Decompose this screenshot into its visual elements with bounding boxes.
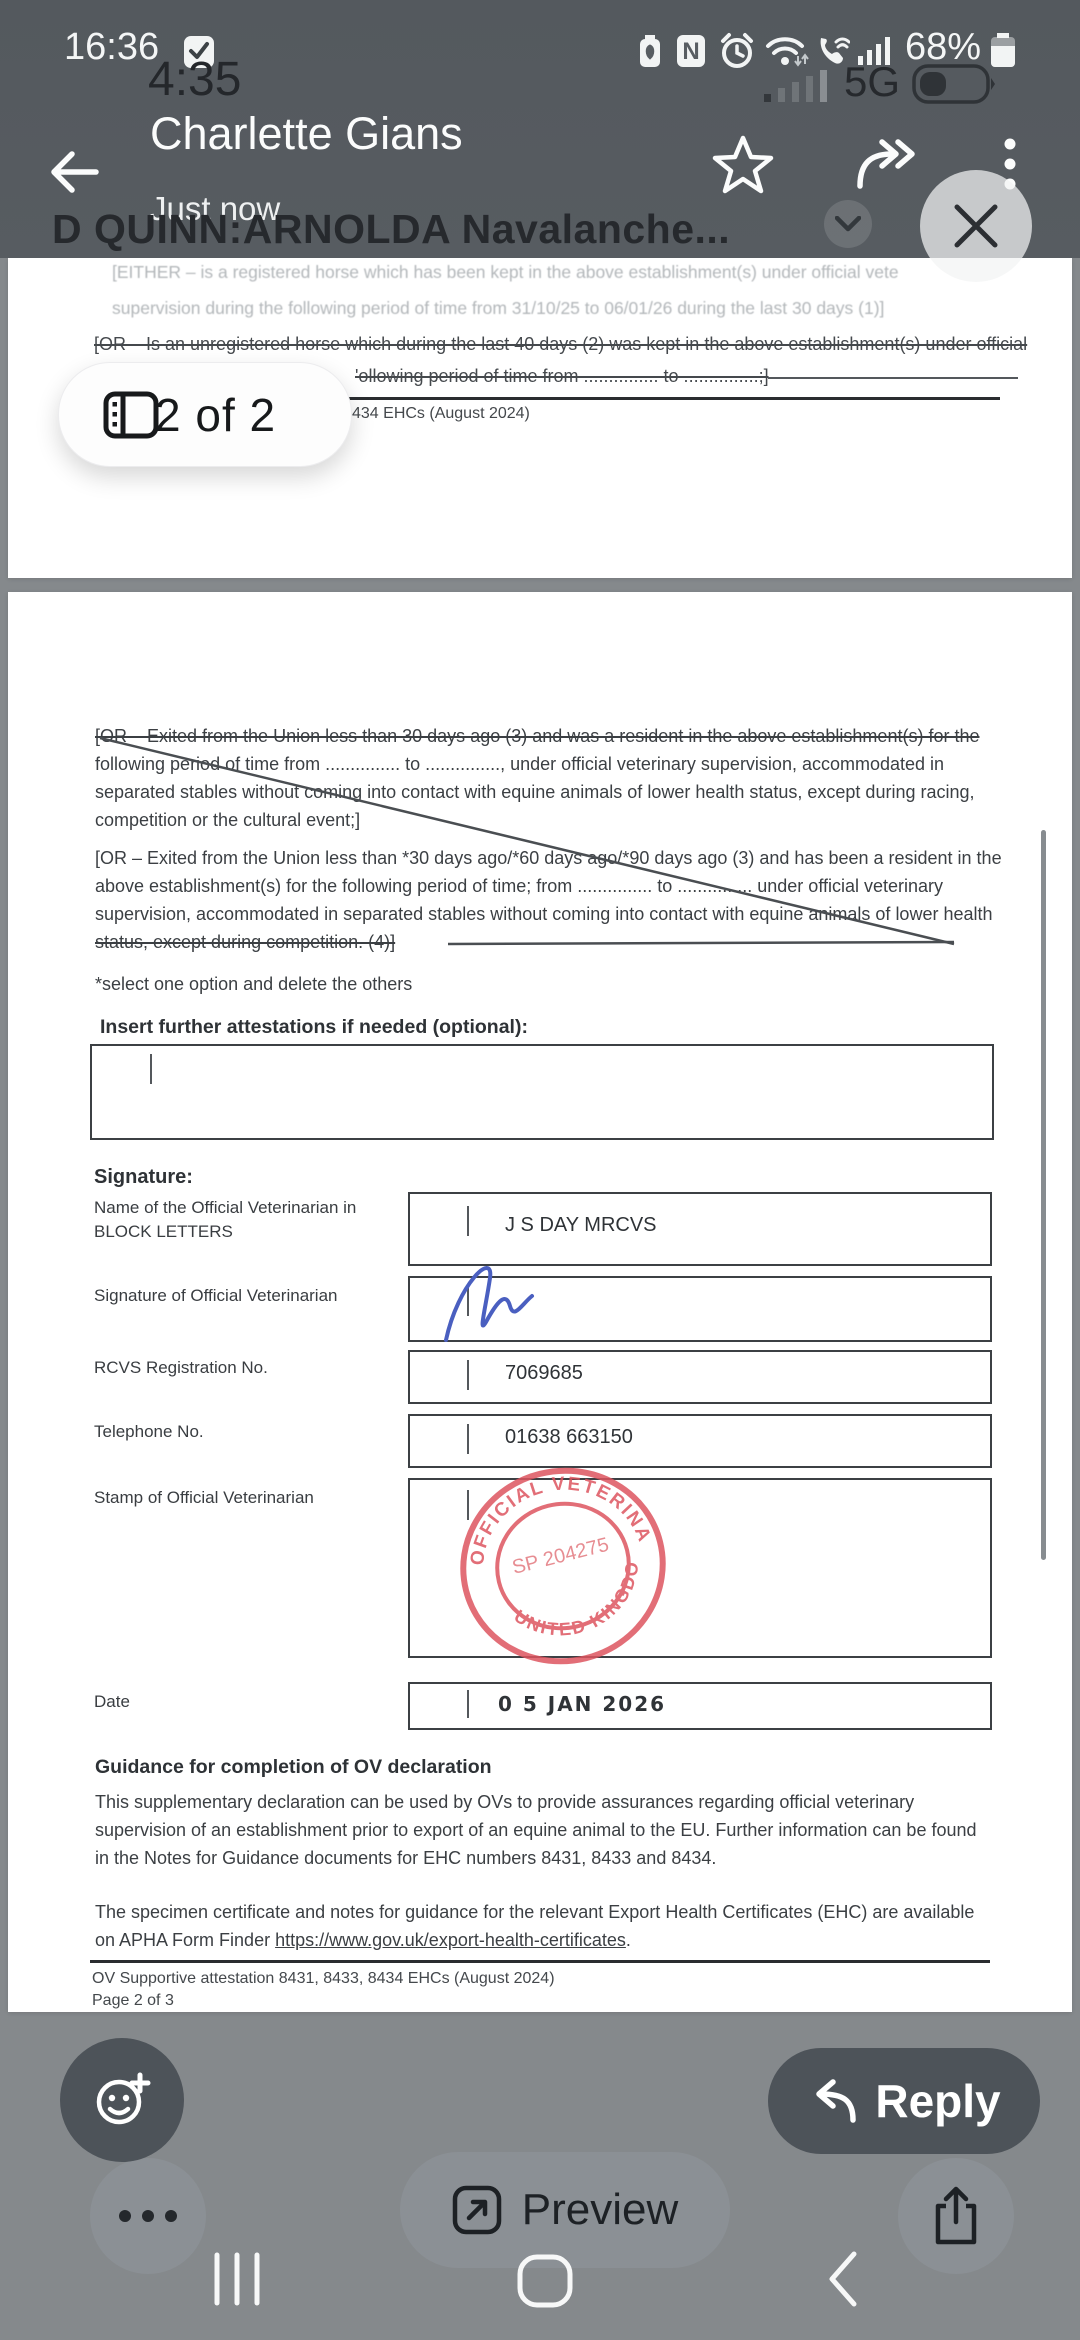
date-box [408,1682,992,1730]
attestations-heading: Insert further attestations if needed (o… [100,1016,528,1039]
svg-text:N: N [682,38,699,65]
pages-icon [103,391,159,439]
wifi-icon [764,34,810,68]
date-value: 0 5 JAN 2026 [498,1692,666,1716]
close-icon[interactable] [920,170,1032,282]
preview-label: Preview [522,2185,679,2235]
rcvs-label: RCVS Registration No. [94,1358,268,1378]
guidance-heading: Guidance for completion of OV declaratio… [95,1756,492,1779]
guidance-line: This supplementary declaration can be us… [95,1792,914,1813]
image-network-label: 5G [844,58,900,106]
status-clock: 16:36 [64,26,159,69]
guidance-line: The specimen certificate and notes for g… [95,1902,974,1923]
doc-struck-line: [OR – Is an unregistered horse which dur… [94,334,1027,355]
battery-saver-icon [638,34,662,68]
official-veterinarian-stamp: OFFICIAL VETERINARIAN UNITED KINGDOM SP … [416,1431,711,1701]
telephone-label: Telephone No. [94,1422,204,1442]
add-reaction-icon [91,2069,153,2131]
page-indicator-label: 2 of 2 [155,388,276,442]
doc-faded-line: [EITHER – is a registered horse which ha… [112,262,899,283]
handwritten-signature [428,1244,648,1354]
guidance-line: supervision of an establishment prior to… [95,1820,977,1841]
strike-extension-line [768,377,1018,379]
image-battery-icon [912,62,998,106]
document-title: D QUINN:ARNOLDA Navalanche... [52,206,730,253]
page-footer-text: OV Supportive attestation 8431, 8433, 84… [92,1970,555,1988]
stamp-label: Stamp of Official Veterinarian [94,1488,314,1508]
select-option-note: *select one option and delete the others [95,974,412,995]
document-page-2: [OR – Exited from the Union less than 30… [8,592,1072,2012]
star-icon[interactable] [712,134,774,194]
add-reaction-button[interactable] [60,2038,184,2162]
cursor-tick [150,1054,152,1084]
more-dots-icon [115,2208,181,2224]
nav-back-icon[interactable] [826,2250,860,2308]
nav-home-icon[interactable] [516,2254,574,2308]
chevron-down-icon[interactable] [824,200,872,248]
diagonal-strikeout [8,592,1072,972]
contact-name[interactable]: Charlette Gians [150,108,463,160]
rcvs-value: 7069685 [505,1362,583,1385]
signature-label: Signature of Official Veterinarian [94,1286,338,1306]
cursor-tick [467,1424,469,1454]
scrollbar[interactable] [1041,830,1046,1560]
page-number-text: Page 2 of 3 [92,1992,174,2010]
guidance-line: in the Notes for Guidance documents for … [95,1848,716,1869]
back-arrow-icon[interactable] [46,148,102,196]
cursor-tick [467,1690,469,1718]
image-signal-icon [764,70,834,102]
guidance-line: on APHA Form Finder https://www.gov.uk/e… [95,1930,631,1951]
reply-button[interactable]: Reply [768,2048,1040,2154]
name-label: BLOCK LETTERS [94,1222,233,1242]
preview-button[interactable]: Preview [400,2152,730,2268]
doc-footer-text: 434 EHCs (August 2024) [352,405,530,423]
alarm-icon [718,32,756,70]
name-label: Name of the Official Veterinarian in [94,1198,356,1218]
more-options-button[interactable] [90,2158,206,2274]
cursor-tick [467,1206,469,1236]
reply-label: Reply [875,2074,1000,2128]
nfc-icon: N [676,34,706,68]
ehc-link: https://www.gov.uk/export-health-certifi… [275,1930,626,1950]
doc-struck-line: 'ollowing period of time from ..........… [355,366,769,387]
cursor-tick [467,1360,469,1390]
top-chrome: 16:36 N [0,0,1080,258]
signature-heading: Signature: [94,1166,193,1189]
telephone-box [408,1414,992,1468]
attestations-box [90,1044,994,1140]
page-indicator-pill: 2 of 2 [58,362,352,467]
share-button[interactable] [898,2158,1014,2274]
screen: [EITHER – is a registered horse which ha… [0,0,1080,2340]
reply-arrow-icon [807,2078,859,2124]
svg-text:SP 204275: SP 204275 [510,1534,611,1579]
forward-icon[interactable] [852,138,922,190]
rcvs-box [408,1350,992,1404]
name-value: J S DAY MRCVS [505,1214,657,1237]
open-preview-icon [452,2185,502,2235]
page-footer-rule [90,1960,990,1963]
image-status-clock: 4:35 [148,52,241,107]
nav-recents-icon[interactable] [212,2252,262,2306]
doc-faded-line: supervision during the following period … [112,298,884,319]
date-label: Date [94,1692,130,1712]
share-icon [929,2184,983,2248]
